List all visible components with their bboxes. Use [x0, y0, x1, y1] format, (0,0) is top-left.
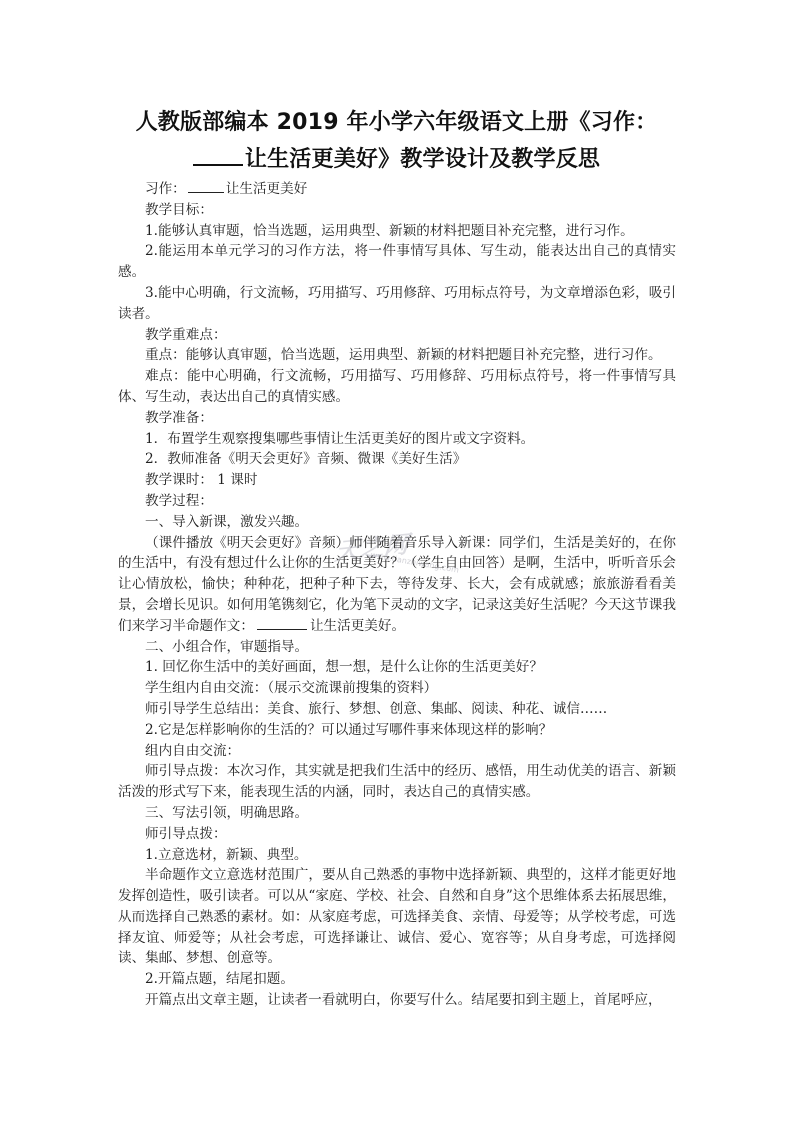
goal-item-1: 1.能够认真审题，恰当选题，运用典型、新颖的材料把题目补充完整，进行习作。: [118, 221, 676, 242]
preparation-item-1: 1．布置学生观察搜集哪些事情让生活更美好的图片或文字资料。: [118, 429, 676, 450]
step-3-point-1: 1.立意选材，新颖、典型。: [118, 845, 676, 866]
difficulty-point: 难点：能中心明确，行文流畅，巧用描写、巧用修辞、巧用标点符号，将一件事情写具体、…: [118, 366, 676, 408]
class-hours: 教学课时： 1 课时: [118, 470, 676, 491]
title-line-1: 人教版部编本 2019 年小学六年级语文上册《习作：: [100, 104, 693, 141]
step-1-body: （课件播放《明天会更好》音频）师伴随着音乐导入新课：同学们，生活是美好的，在你的…: [118, 533, 676, 637]
step-2-question-1: 1. 回忆你生活中的美好画面，想一想，是什么让你的生活更美好？: [118, 657, 676, 678]
fill-blank-underline: [188, 180, 224, 193]
step-3-point-1-body: 半命题作文立意选材范围广，要从自己熟悉的事物中选择新颖、典型的，这样才能更好地发…: [118, 865, 676, 969]
document-page: 人教版部编本 2019 年小学六年级语文上册《习作： 让生活更美好》教学设计及教…: [0, 0, 793, 1122]
assignment-label: 习作：: [145, 181, 186, 197]
process-heading: 教学过程：: [118, 491, 676, 512]
step-2-question-2: 2.它是怎样影响你的生活的？可以通过写哪件事来体现这样的影响？: [118, 720, 676, 741]
step-2-summary: 师引导学生总结出：美食、旅行、梦想、创意、集邮、阅读、种花、诚信……: [118, 699, 676, 720]
assignment-topic: 让生活更美好: [226, 181, 308, 197]
preparation-item-2: 2．教师准备《明天会更好》音频、微课《美好生活》: [118, 449, 676, 470]
step-3-guide: 师引导点拨：: [118, 824, 676, 845]
preparation-heading: 教学准备：: [118, 408, 676, 429]
step-2-exchange-2: 组内自由交流：: [118, 741, 676, 762]
fill-blank-underline: [257, 617, 307, 630]
step-3-point-2-body: 开篇点出文章主题，让读者一看就明白，你要写什么。结尾要扣到主题上，首尾呼应，: [118, 990, 676, 1011]
key-point: 重点：能够认真审题，恰当选题，运用典型、新颖的材料把题目补充完整，进行习作。: [118, 345, 676, 366]
step-2-exchange: 学生组内自由交流：（展示交流课前搜集的资料）: [118, 678, 676, 699]
step-1-heading: 一、导入新课，激发兴趣。: [118, 512, 676, 533]
goal-item-2: 2.能运用本单元学习的习作方法，将一件事情写具体、写生动，能表达出自己的真情实感…: [118, 241, 676, 283]
document-title: 人教版部编本 2019 年小学六年级语文上册《习作： 让生活更美好》教学设计及教…: [100, 104, 693, 178]
title-blank-underline: [193, 163, 243, 166]
step-2-guide: 师引导点拨：本次习作，其实就是把我们生活中的经历、感悟，用生动优美的语言、新颖活…: [118, 761, 676, 803]
goals-heading: 教学目标：: [118, 200, 676, 221]
goal-item-3: 3.能中心明确，行文流畅，巧用描写、巧用修辞、巧用标点符号，为文章增添色彩，吸引…: [118, 283, 676, 325]
key-difficulty-heading: 教学重难点：: [118, 325, 676, 346]
step-3-point-2: 2.开篇点题，结尾扣题。: [118, 969, 676, 990]
assignment-line: 习作：让生活更美好: [118, 179, 676, 200]
step-1-body-end: 让生活更美好。: [310, 618, 405, 634]
step-2-heading: 二、小组合作，审题指导。: [118, 637, 676, 658]
step-3-heading: 三、写法引领，明确思路。: [118, 803, 676, 824]
title-line-2: 让生活更美好》教学设计及教学反思: [100, 141, 693, 178]
document-body: 习作：让生活更美好 教学目标： 1.能够认真审题，恰当选题，运用典型、新颖的材料…: [118, 179, 676, 1011]
title-line-2-text: 让生活更美好》教学设计及教学反思: [245, 147, 600, 172]
